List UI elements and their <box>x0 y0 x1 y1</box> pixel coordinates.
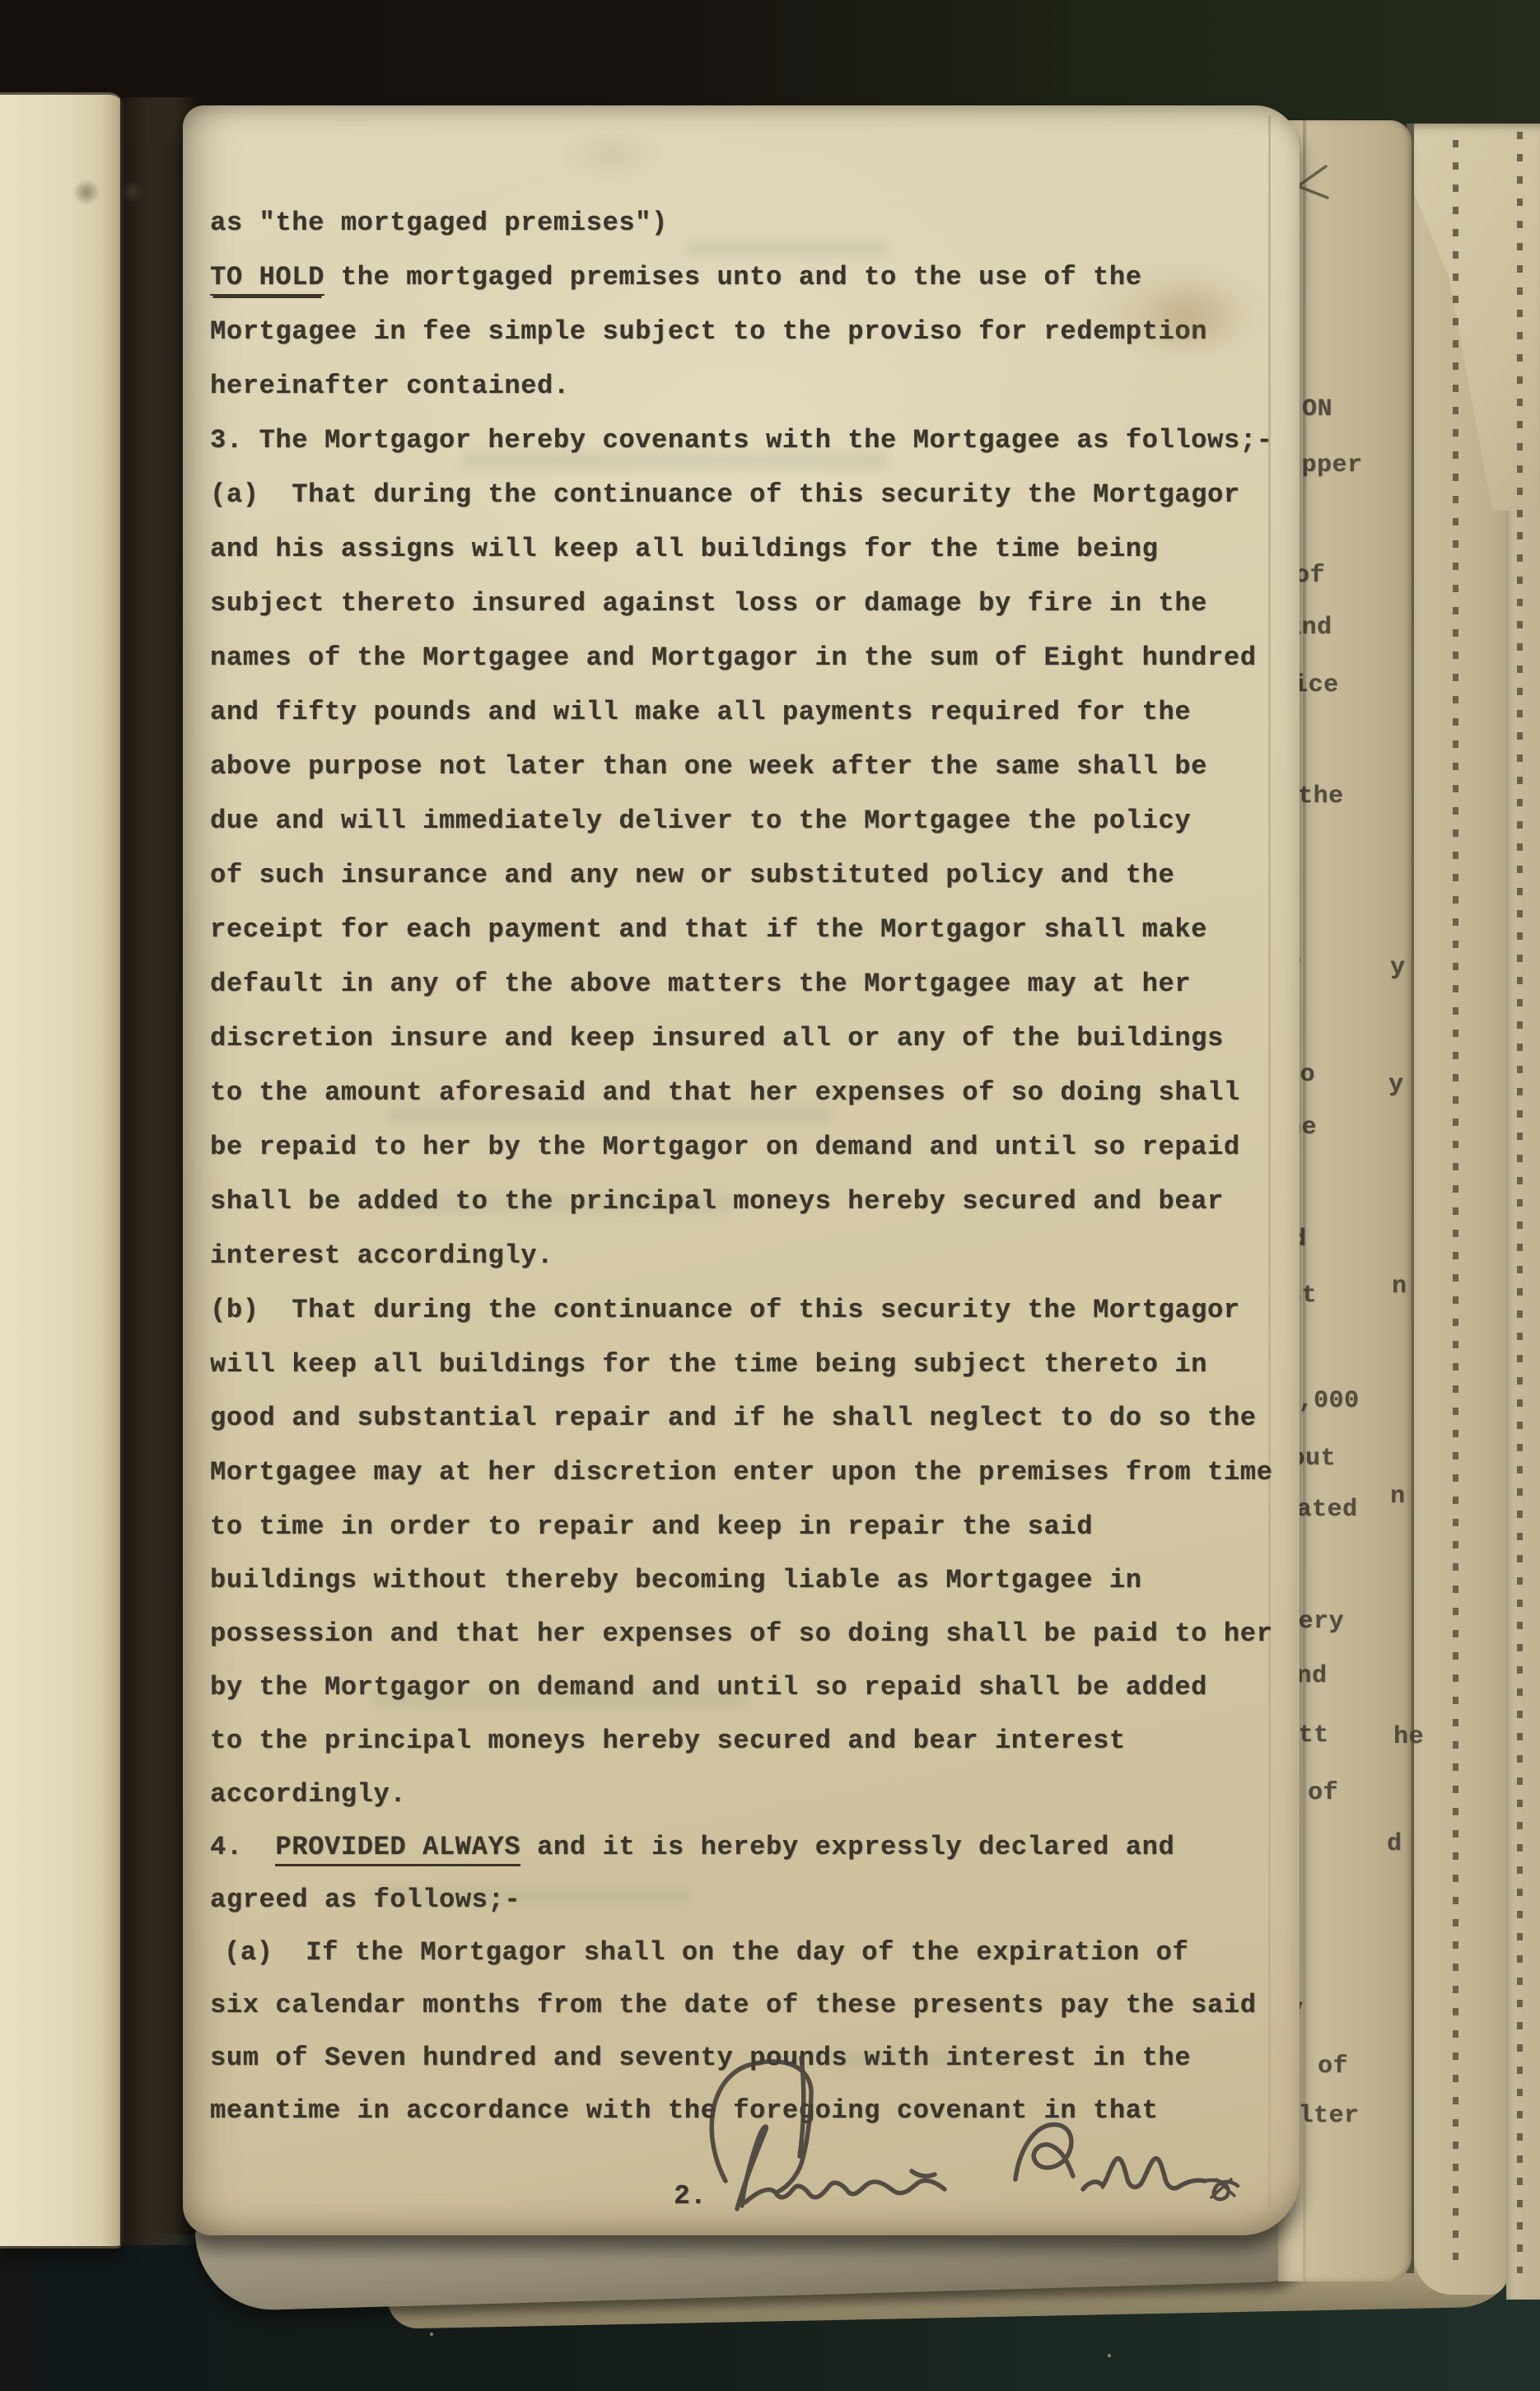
typed-text: be repaid to her by the Mortgagor on dem… <box>210 1132 1240 1162</box>
typed-line: Mortgagee in fee simple subject to the p… <box>210 316 1207 347</box>
edge-fragment: ice <box>1293 671 1339 699</box>
typed-text: 3. The Mortgagor hereby covenants with t… <box>210 425 1272 455</box>
ink-smudge <box>122 181 144 202</box>
typed-line: shall be added to the principal moneys h… <box>210 1186 1224 1217</box>
typed-line: default in any of the above matters the … <box>210 969 1191 999</box>
typed-text: Mortgagee in fee simple subject to the p… <box>210 316 1207 347</box>
typed-line: to time in order to repair and keep in r… <box>210 1511 1093 1542</box>
edge-fragment: n <box>1392 1273 1407 1301</box>
typed-text: discretion insure and keep insured all o… <box>210 1023 1224 1053</box>
typed-line: possession and that her expenses of so d… <box>210 1618 1272 1649</box>
typed-line: be repaid to her by the Mortgagor on dem… <box>210 1132 1240 1162</box>
edge-fragment: y <box>1388 1071 1404 1099</box>
typed-text: agreed as follows;- <box>210 1884 520 1915</box>
typed-text: Mortgagee may at her discretion enter up… <box>210 1457 1272 1487</box>
typed-text: to the principal moneys hereby secured a… <box>210 1726 1126 1756</box>
typed-line: discretion insure and keep insured all o… <box>210 1023 1224 1053</box>
underlined-phrase: PROVIDED ALWAYS <box>275 1832 520 1866</box>
typed-line: interest accordingly. <box>210 1240 553 1271</box>
edge-fragment: d <box>1387 1830 1402 1858</box>
typed-line: due and will immediately deliver to the … <box>210 806 1191 836</box>
typed-text: by the Mortgagor on demand and until so … <box>210 1672 1207 1702</box>
typed-text: 4. <box>210 1832 275 1862</box>
edge-fragment: of <box>1318 2052 1348 2080</box>
typed-text: default in any of the above matters the … <box>210 969 1191 999</box>
edge-fragment: he <box>1393 1723 1424 1751</box>
typed-line: 3. The Mortgagor hereby covenants with t… <box>210 425 1272 455</box>
typed-text: buildings without thereby becoming liabl… <box>210 1565 1142 1595</box>
typed-line: buildings without thereby becoming liabl… <box>210 1565 1142 1595</box>
typed-line: to the principal moneys hereby secured a… <box>210 1726 1126 1756</box>
typed-line: and fifty pounds and will make all payme… <box>210 697 1191 727</box>
typed-line: to the amount aforesaid and that her exp… <box>210 1077 1240 1108</box>
typed-line: by the Mortgagor on demand and until so … <box>210 1672 1207 1702</box>
edge-fragment: of <box>1308 1779 1338 1807</box>
underlined-phrase: TO HOLD <box>210 262 324 296</box>
typed-line: (a) If the Mortgagor shall on the day of… <box>224 1937 1188 1968</box>
typed-text: hereinafter contained. <box>210 371 570 401</box>
typed-text: interest accordingly. <box>210 1240 553 1271</box>
typed-line: Mortgagee may at her discretion enter up… <box>210 1457 1272 1487</box>
bleed-through-smear <box>387 1105 832 1123</box>
book-photo: ONJpperofandicetheeytoyhednst)0,000boutl… <box>0 0 1540 2391</box>
typed-text: names of the Mortgagee and Mortgagor in … <box>210 642 1257 673</box>
typed-line: good and substantial repair and if he sh… <box>210 1403 1257 1433</box>
typed-text: the mortgaged premises unto and to the u… <box>324 262 1142 292</box>
typed-line: as "the mortgaged premises") <box>210 208 668 238</box>
edge-fragment: the <box>1298 782 1344 810</box>
typed-text: good and substantial repair and if he sh… <box>210 1403 1257 1433</box>
typed-line: agreed as follows;- <box>210 1884 520 1915</box>
typed-text: and fifty pounds and will make all payme… <box>210 697 1191 727</box>
typed-line: (b) That during the continuance of this … <box>210 1295 1240 1325</box>
dust-speck <box>1108 2354 1111 2357</box>
edge-fragment: ON <box>1302 395 1332 423</box>
paper-crease <box>1303 120 1306 2281</box>
binding-stitch-holes <box>1453 140 1458 2265</box>
edge-fragment: y <box>1390 954 1406 982</box>
typed-line: accordingly. <box>210 1779 406 1810</box>
typed-text: six calendar months from the date of the… <box>210 1990 1257 2020</box>
typed-line: will keep all buildings for the time bei… <box>210 1349 1207 1380</box>
paper-stain <box>1136 280 1244 358</box>
typed-text: accordingly. <box>210 1779 406 1810</box>
typed-text: possession and that her expenses of so d… <box>210 1618 1272 1649</box>
typed-line: of such insurance and any new or substit… <box>210 860 1174 890</box>
typed-text: to the amount aforesaid and that her exp… <box>210 1077 1240 1108</box>
typed-line: receipt for each payment and that if the… <box>210 914 1207 945</box>
typed-text: (b) That during the continuance of this … <box>210 1295 1240 1325</box>
typed-line: 4. PROVIDED ALWAYS and it is hereby expr… <box>210 1832 1174 1862</box>
ink-smudge <box>74 181 99 203</box>
typed-line: TO HOLD the mortgaged premises unto and … <box>210 262 1142 292</box>
typed-text: to time in order to repair and keep in r… <box>210 1511 1093 1542</box>
typed-line: names of the Mortgagee and Mortgagor in … <box>210 642 1257 673</box>
typed-text: due and will immediately deliver to the … <box>210 806 1191 836</box>
signature-handwriting <box>696 2056 1264 2233</box>
typed-text: of such insurance and any new or substit… <box>210 860 1174 890</box>
facing-page-edge <box>0 92 124 2249</box>
typed-text: as "the mortgaged premises") <box>210 208 668 238</box>
typed-text: and his assigns will keep all buildings … <box>210 534 1158 564</box>
typed-text: will keep all buildings for the time bei… <box>210 1349 1207 1380</box>
dust-speck <box>430 2333 433 2336</box>
edge-fragment: n <box>1390 1483 1406 1511</box>
typed-line: (a) That during the continuance of this … <box>210 479 1240 510</box>
typed-text: subject thereto insured against loss or … <box>210 588 1207 619</box>
typed-line: subject thereto insured against loss or … <box>210 588 1207 619</box>
typed-line: above purpose not later than one week af… <box>210 751 1207 782</box>
typed-text: and it is hereby expressly declared and <box>520 1832 1174 1862</box>
typed-line: and his assigns will keep all buildings … <box>210 534 1158 564</box>
bleed-through-smear <box>684 241 889 257</box>
binding-stitch-holes <box>1517 132 1523 2273</box>
typed-line: hereinafter contained. <box>210 371 570 401</box>
typed-text: (a) If the Mortgagor shall on the day of… <box>224 1937 1188 1968</box>
typed-text: above purpose not later than one week af… <box>210 751 1207 782</box>
typed-text: (a) That during the continuance of this … <box>210 479 1240 510</box>
typed-text: shall be added to the principal moneys h… <box>210 1186 1224 1217</box>
typed-text: receipt for each payment and that if the… <box>210 914 1207 945</box>
typed-line: six calendar months from the date of the… <box>210 1990 1257 2020</box>
